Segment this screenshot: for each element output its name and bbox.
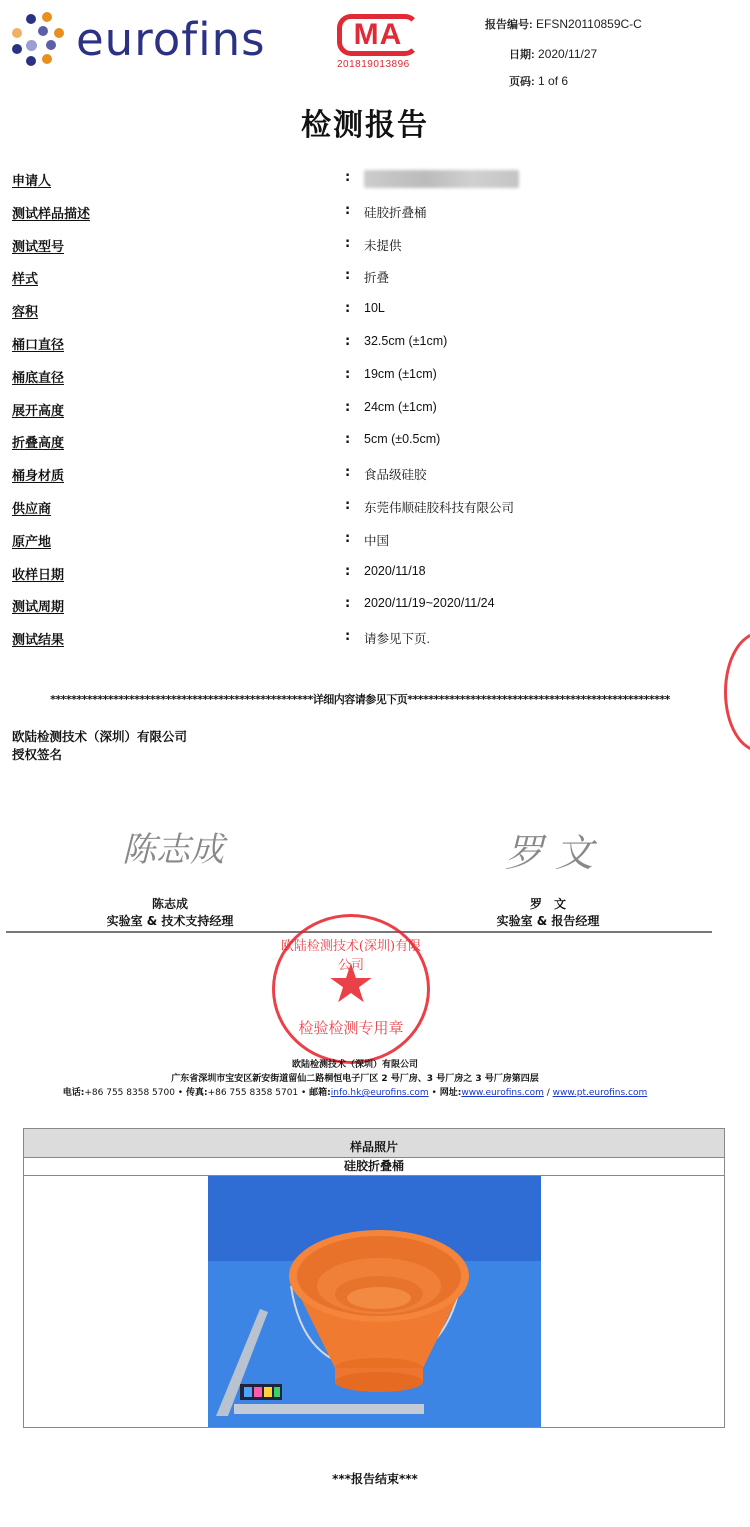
separator: • — [298, 1088, 309, 1098]
info-row-colon: : — [345, 367, 350, 382]
info-row-value: 硅胶折叠桶 — [364, 203, 427, 221]
divider-stars-right: ****************************************… — [407, 693, 670, 706]
info-row-value: 请参见下页. — [364, 629, 430, 647]
fax-value: +86 755 8358 5701 — [208, 1088, 299, 1098]
report-number: 报告编号: EFSN20110859C-C — [485, 16, 642, 32]
website-link[interactable]: www.eurofins.com — [461, 1088, 544, 1098]
report-date-label: 日期: — [509, 49, 535, 61]
info-row: 桶口直径:32.5cm (±1cm) — [12, 334, 712, 354]
info-row-label: 折叠高度 — [12, 432, 64, 451]
info-row-value: 食品级硅胶 — [364, 465, 427, 483]
info-row-value: 32.5cm (±1cm) — [364, 334, 447, 348]
info-row: 样式:折叠 — [12, 268, 712, 288]
signature-2: 罗 文 — [505, 822, 593, 877]
info-row: 申请人: — [12, 170, 712, 190]
footer-address: 广东省深圳市宝安区新安街道留仙二路桐恒电子厂区 2 号厂房、3 号厂房之 3 号… — [0, 1073, 710, 1086]
phone-value: +86 755 8358 5700 — [84, 1088, 175, 1098]
info-row-label: 申请人 — [12, 170, 51, 189]
info-row-colon: : — [345, 170, 350, 185]
info-row: 桶身材质:食品级硅胶 — [12, 465, 712, 485]
info-row-label: 测试周期 — [12, 596, 64, 615]
cma-logo: MA 201819013896 — [337, 14, 427, 70]
info-row-colon: : — [345, 400, 350, 415]
info-row-colon: : — [345, 498, 350, 513]
eurofins-logo: eurofins — [8, 14, 266, 64]
info-row-colon: : — [345, 629, 350, 644]
redacted-value — [364, 170, 519, 188]
info-row-label: 展开高度 — [12, 400, 64, 419]
phone-label: 电话: — [63, 1088, 85, 1098]
info-row-value: 未提供 — [364, 236, 402, 254]
website-pt-link[interactable]: www.pt.eurofins.com — [553, 1088, 648, 1098]
star-icon: ★ — [327, 957, 375, 1011]
email-label: 邮箱: — [309, 1088, 331, 1098]
company-name: 欧陆检测技术（深圳）有限公司 — [12, 728, 187, 746]
info-row-value: 2020/11/19~2020/11/24 — [364, 596, 495, 610]
divider-text: 详细内容请参见下页 — [313, 693, 408, 706]
info-row: 容积:10L — [12, 301, 712, 321]
stamp-bottom-text: 检验检测专用章 — [275, 1017, 427, 1038]
signer-2-title: 实验室 & 报告经理 — [448, 913, 648, 930]
page-number-label: 页码: — [509, 76, 535, 88]
info-row-value: 东莞伟顺硅胶科技有限公司 — [364, 498, 514, 516]
footer-company: 欧陆检测技术（深圳）有限公司 — [0, 1059, 710, 1072]
info-row-label: 供应商 — [12, 498, 51, 517]
signer-2: 罗 文 实验室 & 报告经理 — [448, 896, 648, 930]
sample-photo-table: 样品照片 硅胶折叠桶 — [23, 1128, 725, 1428]
page-number: 页码: 1 of 6 — [509, 73, 568, 89]
info-row: 供应商:东莞伟顺硅胶科技有限公司 — [12, 498, 712, 518]
info-row-colon: : — [345, 334, 350, 349]
info-row-value: 10L — [364, 301, 385, 315]
report-number-label: 报告编号: — [485, 19, 533, 31]
info-row: 展开高度:24cm (±1cm) — [12, 400, 712, 420]
info-row-colon: : — [345, 301, 350, 316]
info-row-label: 测试样品描述 — [12, 203, 90, 222]
info-row: 收样日期:2020/11/18 — [12, 564, 712, 584]
info-row: 测试周期:2020/11/19~2020/11/24 — [12, 596, 712, 616]
signer-1: 陈志成 实验室 & 技术支持经理 — [70, 896, 270, 930]
signer-2-name: 罗 文 — [448, 896, 648, 913]
report-date: 日期: 2020/11/27 — [509, 46, 597, 62]
info-row-colon: : — [345, 203, 350, 218]
edge-stamp-partial — [724, 632, 750, 752]
info-row-value: 2020/11/18 — [364, 564, 426, 578]
sample-photo — [208, 1176, 541, 1427]
separator: • — [429, 1088, 440, 1098]
web-label: 网址: — [440, 1088, 462, 1098]
info-row-label: 测试型号 — [12, 236, 64, 255]
separator: / — [544, 1088, 553, 1098]
info-row-label: 原产地 — [12, 531, 51, 550]
photo-caption: 硅胶折叠桶 — [24, 1158, 724, 1176]
signer-1-name: 陈志成 — [70, 896, 270, 913]
info-row-label: 桶口直径 — [12, 334, 64, 353]
separator: • — [175, 1088, 186, 1098]
info-row-label: 样式 — [12, 268, 38, 287]
info-row-label: 容积 — [12, 301, 38, 320]
authorized-signature-label: 授权签名 — [12, 746, 187, 764]
info-row-value: 24cm (±1cm) — [364, 400, 437, 414]
fax-label: 传真: — [186, 1088, 208, 1098]
photo-table-header: 样品照片 — [24, 1129, 724, 1158]
official-stamp: 欧陆检测技术(深圳)有限公司 ★ 检验检测专用章 — [272, 914, 430, 1064]
company-block: 欧陆检测技术（深圳）有限公司 授权签名 — [12, 728, 187, 764]
info-row-colon: : — [345, 268, 350, 283]
details-divider: ****************************************… — [40, 691, 680, 707]
info-row-colon: : — [345, 596, 350, 611]
info-row-colon: : — [345, 236, 350, 251]
bucket-photo-illustration — [208, 1176, 541, 1427]
page-title: 检测报告 — [0, 100, 730, 144]
info-row: 测试结果:请参见下页. — [12, 629, 712, 649]
info-row-colon: : — [345, 465, 350, 480]
page-number-value: 1 of 6 — [538, 74, 568, 88]
cma-number: 201819013896 — [337, 59, 427, 70]
info-row-value: 19cm (±1cm) — [364, 367, 437, 381]
cma-mark-icon: MA — [337, 14, 419, 56]
info-row: 测试型号:未提供 — [12, 236, 712, 256]
info-row: 测试样品描述:硅胶折叠桶 — [12, 203, 712, 223]
info-row-label: 桶身材质 — [12, 465, 64, 484]
info-row-label: 测试结果 — [12, 629, 64, 648]
info-row: 桶底直径:19cm (±1cm) — [12, 367, 712, 387]
info-row-value: 折叠 — [364, 268, 389, 286]
info-row-value: 5cm (±0.5cm) — [364, 432, 440, 446]
email-link[interactable]: info.hk@eurofins.com — [331, 1088, 429, 1098]
footer-contact: 电话:+86 755 8358 5700 • 传真:+86 755 8358 5… — [0, 1087, 710, 1100]
signature-1: 陈志成 — [122, 822, 224, 871]
info-row-label: 桶底直径 — [12, 367, 64, 386]
signer-1-title: 实验室 & 技术支持经理 — [70, 913, 270, 930]
report-number-value: EFSN20110859C-C — [536, 17, 642, 31]
info-row-value: 中国 — [364, 531, 389, 549]
brand-name: eurofins — [76, 17, 266, 62]
divider-stars-left: ****************************************… — [50, 693, 313, 706]
report-end-marker: ***报告结束*** — [0, 1470, 750, 1487]
info-row-colon: : — [345, 432, 350, 447]
info-row: 原产地:中国 — [12, 531, 712, 551]
report-date-value: 2020/11/27 — [538, 47, 597, 61]
info-row-colon: : — [345, 564, 350, 579]
info-row-label: 收样日期 — [12, 564, 64, 583]
info-row: 折叠高度:5cm (±0.5cm) — [12, 432, 712, 452]
info-row-colon: : — [345, 531, 350, 546]
eurofins-mark-icon — [8, 10, 66, 68]
cma-text: MA — [354, 18, 403, 52]
